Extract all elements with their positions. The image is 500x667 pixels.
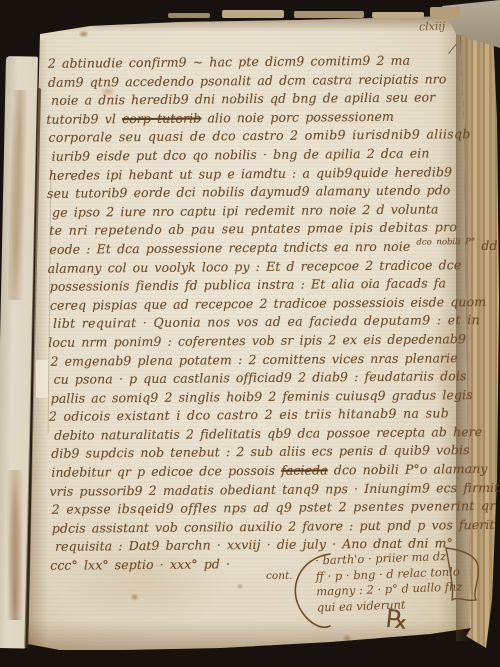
line-segment: tutorib9 vl [46, 111, 122, 127]
torn-page-remnant [294, 11, 364, 18]
line-segment: alio noie porc possessionem [201, 109, 394, 126]
line-segment: indebitur qr p edicoe dce possois [51, 463, 281, 480]
stain [78, 30, 89, 38]
struck-segment: corp tutorib [122, 110, 201, 126]
notarial-paraph: ℞ [385, 604, 410, 635]
torn-page-remnant [222, 10, 284, 18]
torn-page-remnant [430, 7, 460, 17]
line-segment: dco nobili P°o alamany [328, 461, 488, 477]
line-segment: dd · [475, 238, 500, 253]
gutter-stain [6, 470, 24, 620]
torn-page-remnant [372, 12, 424, 18]
torn-page-remnant [168, 13, 210, 18]
folio-number: clxiij [419, 20, 446, 34]
manuscript-photograph: clxiij ⁄ 2 abtinudie confirm9 ~ hac pte … [0, 0, 500, 667]
manuscript-line: noie a dnis heredib9 dni nobilis qd bng … [51, 88, 460, 110]
stain [236, 583, 244, 590]
struck-segment: facieda [281, 462, 328, 477]
line-segment: eode : Et dca possessione recepta tndict… [49, 239, 416, 257]
interlinear-insertion: dco nobili P° [416, 237, 475, 248]
repair-patch [36, 360, 48, 398]
manuscript-text-block: 2 abtinudie confirm9 ~ hac pte dicm9 com… [48, 51, 465, 575]
